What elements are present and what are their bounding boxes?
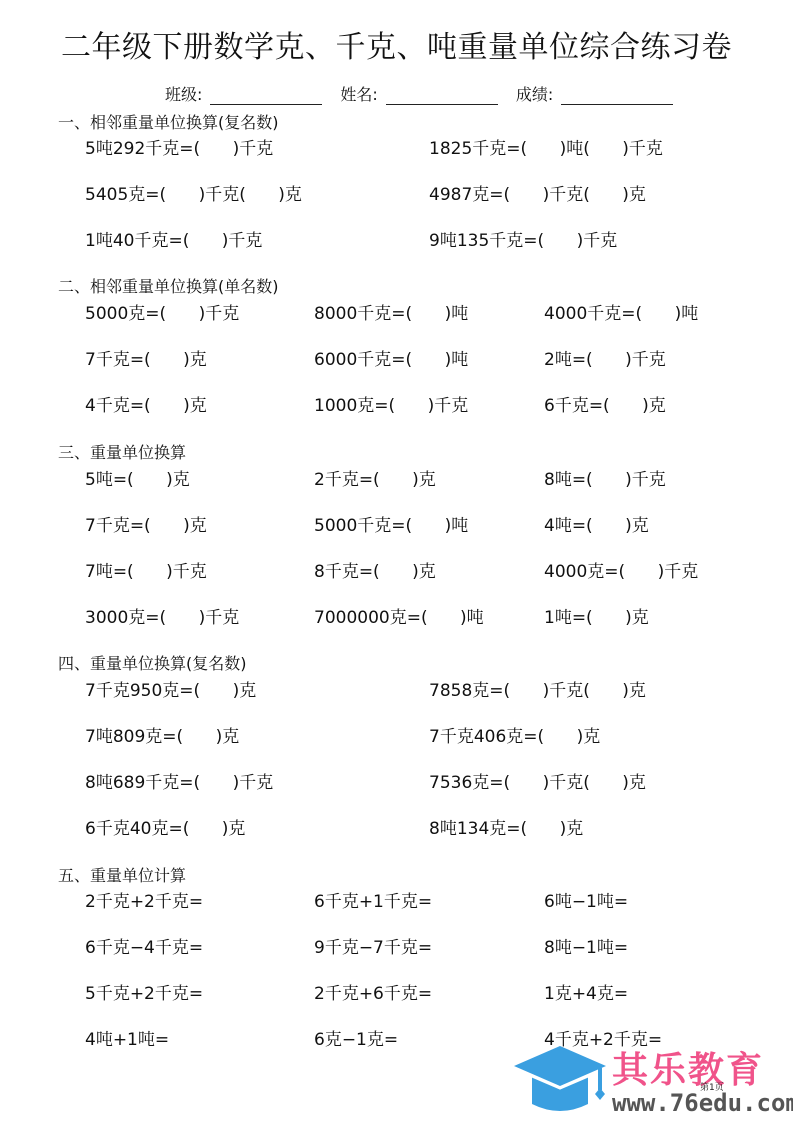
problem-item: 2吨=( )千克 [544, 345, 666, 370]
name-field[interactable] [386, 90, 498, 105]
problem-item: 7千克950克=( )克 [85, 676, 256, 701]
page-number: 第1页 [700, 1080, 724, 1093]
problem-item: 1825千克=( )吨( )千克 [429, 134, 663, 159]
section-4-title: 四、重量单位换算(复名数) [58, 651, 247, 674]
problem-item: 4吨=( )克 [544, 511, 649, 536]
problem-item: 8000千克=( )吨 [314, 299, 468, 324]
problem-item: 7千克=( )克 [85, 345, 207, 370]
problem-item: 3000克=( )千克 [85, 603, 239, 628]
problem-item: 5吨=( )克 [85, 465, 190, 490]
problem-item: 7千克406克=( )克 [429, 722, 600, 747]
problem-item: 7000000克=( )吨 [314, 603, 484, 628]
problem-item: 4987克=( )千克( )克 [429, 180, 646, 205]
problem-item: 9吨135千克=( )千克 [429, 226, 617, 251]
brand-watermark: 其乐教育 www.76edu.com [512, 1040, 792, 1120]
problem-item: 7吨=( )千克 [85, 557, 207, 582]
problem-item: 5000千克=( )吨 [314, 511, 468, 536]
problem-item: 6000千克=( )吨 [314, 345, 468, 370]
problem-item: 6千克40克=( )克 [85, 814, 245, 839]
graduation-cap-icon [512, 1044, 608, 1116]
problem-item: 8吨689千克=( )千克 [85, 768, 273, 793]
score-field[interactable] [561, 90, 673, 105]
section-3-title: 三、重量单位换算 [58, 440, 186, 463]
problem-item: 8吨=( )千克 [544, 465, 666, 490]
problem-item: 8吨−1吨= [544, 933, 628, 958]
problem-item: 5000克=( )千克 [85, 299, 239, 324]
problem-item: 2千克=( )克 [314, 465, 436, 490]
section-1-title: 一、相邻重量单位换算(复名数) [58, 110, 279, 133]
class-label: 班级: [165, 82, 202, 105]
score-label: 成绩: [516, 82, 553, 105]
problem-item: 5吨292千克=( )千克 [85, 134, 273, 159]
section-5-title: 五、重量单位计算 [58, 863, 186, 886]
problem-item: 5405克=( )千克( )克 [85, 180, 302, 205]
problem-item: 4千克=( )克 [85, 391, 207, 416]
problem-item: 4000克=( )千克 [544, 557, 698, 582]
problem-item: 2千克+6千克= [314, 979, 432, 1004]
problem-item: 7858克=( )千克( )克 [429, 676, 646, 701]
section-2-title: 二、相邻重量单位换算(单名数) [58, 274, 279, 297]
name-label: 姓名: [340, 82, 377, 105]
problem-item: 6千克+1千克= [314, 887, 432, 912]
student-info-row: 班级: 姓名: 成绩: [165, 82, 683, 105]
problem-item: 5千克+2千克= [85, 979, 203, 1004]
problem-item: 4000千克=( )吨 [544, 299, 698, 324]
problem-item: 9千克−7千克= [314, 933, 432, 958]
problem-item: 7吨809克=( )克 [85, 722, 239, 747]
problem-item: 8吨134克=( )克 [429, 814, 583, 839]
problem-item: 6千克−4千克= [85, 933, 203, 958]
problem-item: 4吨+1吨= [85, 1025, 169, 1050]
problem-item: 6千克=( )克 [544, 391, 666, 416]
problem-item: 7536克=( )千克( )克 [429, 768, 646, 793]
problem-item: 8千克=( )克 [314, 557, 436, 582]
problem-item: 1克+4克= [544, 979, 628, 1004]
problem-item: 6吨−1吨= [544, 887, 628, 912]
problem-item: 6克−1克= [314, 1025, 398, 1050]
problem-item: 2千克+2千克= [85, 887, 203, 912]
problem-item: 7千克=( )克 [85, 511, 207, 536]
class-field[interactable] [210, 90, 322, 105]
worksheet-title: 二年级下册数学克、千克、吨重量单位综合练习卷 [0, 22, 793, 66]
problem-item: 1吨40千克=( )千克 [85, 226, 262, 251]
problem-item: 1吨=( )克 [544, 603, 649, 628]
brand-name: 其乐教育 [612, 1042, 764, 1093]
brand-url: www.76edu.com [612, 1089, 793, 1117]
problem-item: 1000克=( )千克 [314, 391, 468, 416]
